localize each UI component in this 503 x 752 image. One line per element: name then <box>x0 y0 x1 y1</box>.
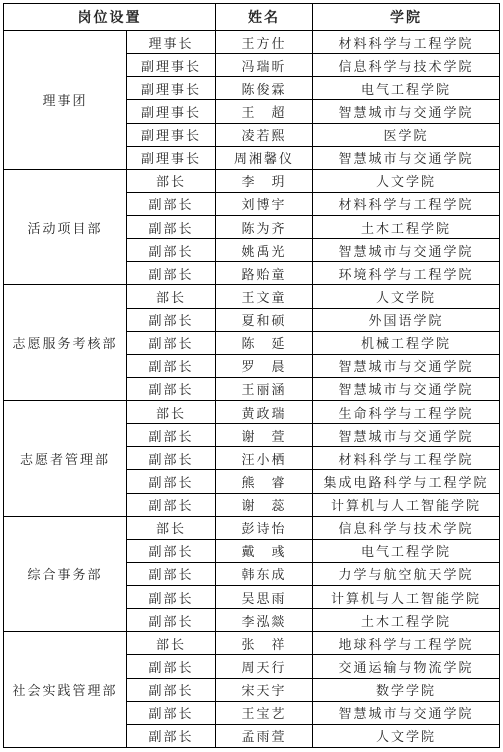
college-cell: 计算机与人工智能学院 <box>313 586 500 609</box>
position-cell: 理事长 <box>127 31 216 54</box>
position-cell: 副理事长 <box>127 100 216 123</box>
name-cell: 王文童 <box>216 285 313 308</box>
name-cell: 汪小栖 <box>216 447 313 470</box>
name-cell: 王方仕 <box>216 31 313 54</box>
college-cell: 信息科学与技术学院 <box>313 54 500 77</box>
college-cell: 地球科学与工程学院 <box>313 632 500 655</box>
position-cell: 副理事长 <box>127 54 216 77</box>
college-cell: 交通运输与物流学院 <box>313 655 500 678</box>
position-cell: 副部长 <box>127 609 216 632</box>
position-cell: 副部长 <box>127 678 216 701</box>
position-cell: 副部长 <box>127 701 216 724</box>
name-cell: 彭诗怡 <box>216 516 313 539</box>
position-cell: 副部长 <box>127 470 216 493</box>
table-row: 志愿者管理部部长黄政瑞生命科学与工程学院 <box>4 401 500 424</box>
college-cell: 智慧城市与交通学院 <box>313 424 500 447</box>
college-cell: 生命科学与工程学院 <box>313 401 500 424</box>
college-cell: 智慧城市与交通学院 <box>313 701 500 724</box>
position-cell: 部长 <box>127 285 216 308</box>
college-cell: 材料科学与工程学院 <box>313 192 500 215</box>
college-cell: 智慧城市与交通学院 <box>313 100 500 123</box>
group-cell: 社会实践管理部 <box>4 632 127 748</box>
position-cell: 部长 <box>127 632 216 655</box>
name-cell: 王宝艺 <box>216 701 313 724</box>
group-cell: 活动项目部 <box>4 169 127 285</box>
org-roster-table: 岗位设置 姓名 学院 理事团理事长王方仕材料科学与工程学院副理事长冯瑞昕信息科学… <box>3 3 500 748</box>
position-cell: 副部长 <box>127 447 216 470</box>
header-position-setup: 岗位设置 <box>4 4 216 31</box>
college-cell: 计算机与人工智能学院 <box>313 493 500 516</box>
college-cell: 电气工程学院 <box>313 539 500 562</box>
name-cell: 姚禹光 <box>216 239 313 262</box>
name-cell: 夏和硕 <box>216 308 313 331</box>
college-cell: 外国语学院 <box>313 308 500 331</box>
position-cell: 部长 <box>127 516 216 539</box>
college-cell: 医学院 <box>313 123 500 146</box>
name-cell: 凌若熙 <box>216 123 313 146</box>
name-cell: 路贻童 <box>216 262 313 285</box>
table-body: 理事团理事长王方仕材料科学与工程学院副理事长冯瑞昕信息科学与技术学院副理事长陈俊… <box>4 31 500 748</box>
position-cell: 副理事长 <box>127 77 216 100</box>
position-cell: 副部长 <box>127 239 216 262</box>
college-cell: 土木工程学院 <box>313 609 500 632</box>
name-cell: 谢 蕊 <box>216 493 313 516</box>
name-cell: 韩东成 <box>216 562 313 585</box>
position-cell: 副理事长 <box>127 146 216 169</box>
position-cell: 副理事长 <box>127 123 216 146</box>
position-cell: 副部长 <box>127 192 216 215</box>
position-cell: 副部长 <box>127 586 216 609</box>
group-cell: 志愿者管理部 <box>4 401 127 517</box>
header-college: 学院 <box>313 4 500 31</box>
name-cell: 李 玥 <box>216 169 313 192</box>
name-cell: 谢 萱 <box>216 424 313 447</box>
document-page: 岗位设置 姓名 学院 理事团理事长王方仕材料科学与工程学院副理事长冯瑞昕信息科学… <box>0 0 503 752</box>
name-cell: 陈 延 <box>216 331 313 354</box>
table-row: 志愿服务考核部部长王文童人文学院 <box>4 285 500 308</box>
position-cell: 副部长 <box>127 424 216 447</box>
college-cell: 机械工程学院 <box>313 331 500 354</box>
name-cell: 王丽涵 <box>216 377 313 400</box>
group-cell: 综合事务部 <box>4 516 127 632</box>
college-cell: 力学与航空航天学院 <box>313 562 500 585</box>
group-cell: 理事团 <box>4 31 127 170</box>
name-cell: 宋天宇 <box>216 678 313 701</box>
college-cell: 智慧城市与交通学院 <box>313 377 500 400</box>
college-cell: 智慧城市与交通学院 <box>313 239 500 262</box>
college-cell: 数学学院 <box>313 678 500 701</box>
position-cell: 副部长 <box>127 354 216 377</box>
position-cell: 副部长 <box>127 493 216 516</box>
position-cell: 副部长 <box>127 331 216 354</box>
college-cell: 信息科学与技术学院 <box>313 516 500 539</box>
college-cell: 人文学院 <box>313 285 500 308</box>
college-cell: 土木工程学院 <box>313 216 500 239</box>
header-name: 姓名 <box>216 4 313 31</box>
name-cell: 王 超 <box>216 100 313 123</box>
name-cell: 冯瑞昕 <box>216 54 313 77</box>
name-cell: 陈为齐 <box>216 216 313 239</box>
group-cell: 志愿服务考核部 <box>4 285 127 401</box>
position-cell: 副部长 <box>127 562 216 585</box>
table-row: 理事团理事长王方仕材料科学与工程学院 <box>4 31 500 54</box>
college-cell: 人文学院 <box>313 724 500 747</box>
college-cell: 材料科学与工程学院 <box>313 31 500 54</box>
header-row: 岗位设置 姓名 学院 <box>4 4 500 31</box>
name-cell: 刘博宇 <box>216 192 313 215</box>
college-cell: 材料科学与工程学院 <box>313 447 500 470</box>
college-cell: 环境科学与工程学院 <box>313 262 500 285</box>
name-cell: 周湘馨仪 <box>216 146 313 169</box>
table-row: 社会实践管理部部长张 祥地球科学与工程学院 <box>4 632 500 655</box>
name-cell: 罗 晨 <box>216 354 313 377</box>
position-cell: 副部长 <box>127 262 216 285</box>
position-cell: 部长 <box>127 169 216 192</box>
position-cell: 副部长 <box>127 724 216 747</box>
name-cell: 周天行 <box>216 655 313 678</box>
name-cell: 陈俊霖 <box>216 77 313 100</box>
name-cell: 吴思雨 <box>216 586 313 609</box>
college-cell: 电气工程学院 <box>313 77 500 100</box>
college-cell: 集成电路科学与工程学院 <box>313 470 500 493</box>
name-cell: 孟雨萱 <box>216 724 313 747</box>
position-cell: 副部长 <box>127 655 216 678</box>
table-row: 活动项目部部长李 玥人文学院 <box>4 169 500 192</box>
table-row: 综合事务部部长彭诗怡信息科学与技术学院 <box>4 516 500 539</box>
name-cell: 张 祥 <box>216 632 313 655</box>
college-cell: 智慧城市与交通学院 <box>313 146 500 169</box>
position-cell: 副部长 <box>127 308 216 331</box>
position-cell: 副部长 <box>127 539 216 562</box>
position-cell: 副部长 <box>127 216 216 239</box>
name-cell: 黄政瑞 <box>216 401 313 424</box>
name-cell: 戴 彧 <box>216 539 313 562</box>
name-cell: 李泓燚 <box>216 609 313 632</box>
college-cell: 人文学院 <box>313 169 500 192</box>
position-cell: 部长 <box>127 401 216 424</box>
position-cell: 副部长 <box>127 377 216 400</box>
table-header: 岗位设置 姓名 学院 <box>4 4 500 31</box>
name-cell: 熊 睿 <box>216 470 313 493</box>
college-cell: 智慧城市与交通学院 <box>313 354 500 377</box>
